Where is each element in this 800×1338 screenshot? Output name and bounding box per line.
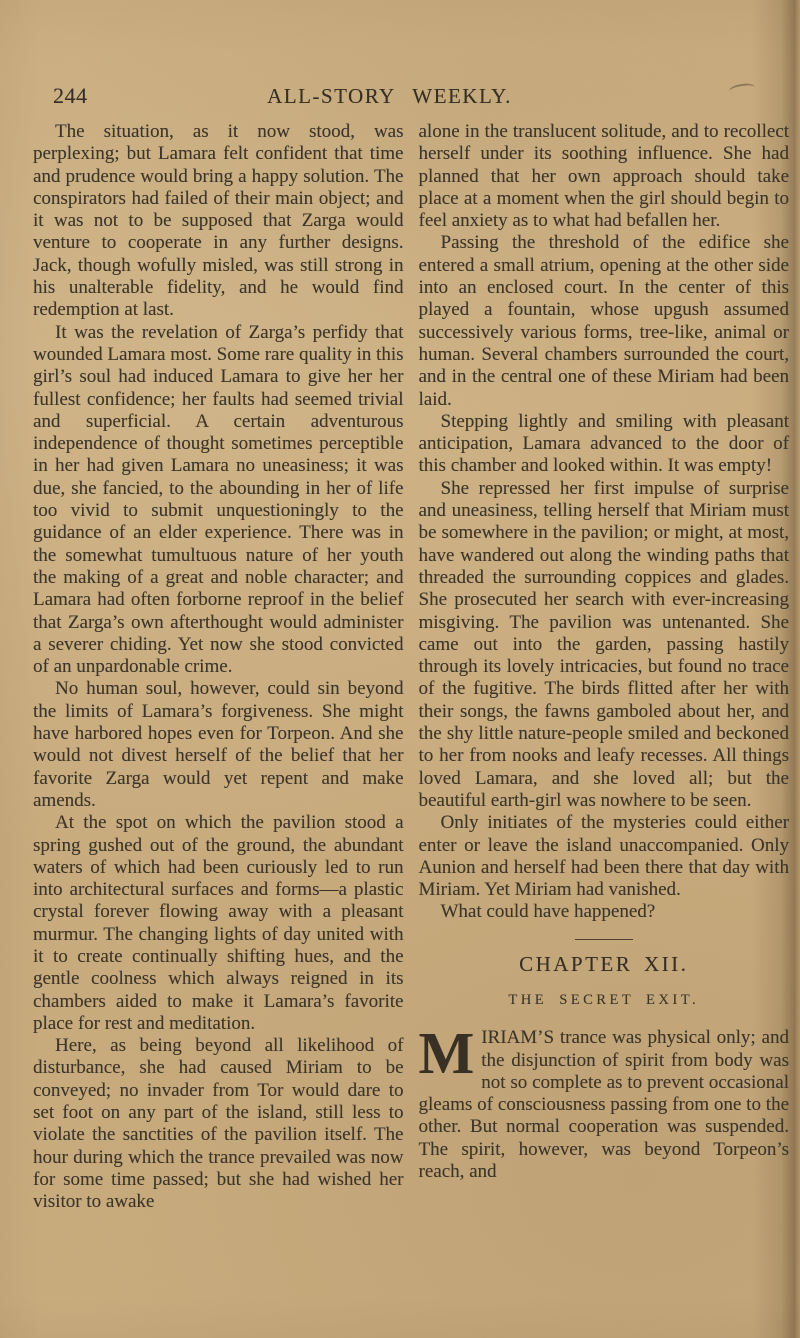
section-divider: [575, 939, 633, 940]
body-paragraph-continuation: alone in the translucent solitude, and t…: [419, 121, 790, 232]
body-paragraph: The situation, as it now stood, was perp…: [33, 121, 404, 322]
body-paragraph: At the spot on which the pavilion stood …: [33, 812, 404, 1035]
body-paragraph: It was the revelation of Zarga’s perfidy…: [33, 322, 404, 679]
body-paragraph: Here, as being beyond all likelihood of …: [33, 1035, 404, 1213]
body-paragraph: What could have happened?: [419, 901, 790, 923]
chapter-subtitle: THE SECRET EXIT.: [419, 989, 790, 1011]
body-paragraph: Stepping lightly and smiling with pleasa…: [419, 411, 790, 478]
body-paragraph: Only initiates of the mysteries could ei…: [419, 812, 790, 901]
right-column: alone in the translucent solitude, and t…: [419, 121, 790, 1214]
dropcap-letter: M: [419, 1027, 482, 1077]
left-column: The situation, as it now stood, was perp…: [33, 121, 404, 1214]
magazine-page: 244 ALL-STORY WEEKLY. The situation, as …: [0, 0, 800, 1338]
two-column-text-body: The situation, as it now stood, was perp…: [33, 121, 789, 1214]
page-header: 244 ALL-STORY WEEKLY.: [33, 83, 786, 109]
running-title: ALL-STORY WEEKLY.: [33, 84, 746, 109]
body-paragraph: Passing the threshold of the edifice she…: [419, 232, 790, 410]
body-paragraph: She repressed her first impulse of surpr…: [419, 478, 790, 812]
body-paragraph: No human soul, however, could sin beyond…: [33, 678, 404, 812]
chapter-opening-paragraph: MIRIAM’S trance was physical only; and t…: [419, 1027, 790, 1183]
chapter-heading: CHAPTER XII.: [419, 953, 790, 975]
